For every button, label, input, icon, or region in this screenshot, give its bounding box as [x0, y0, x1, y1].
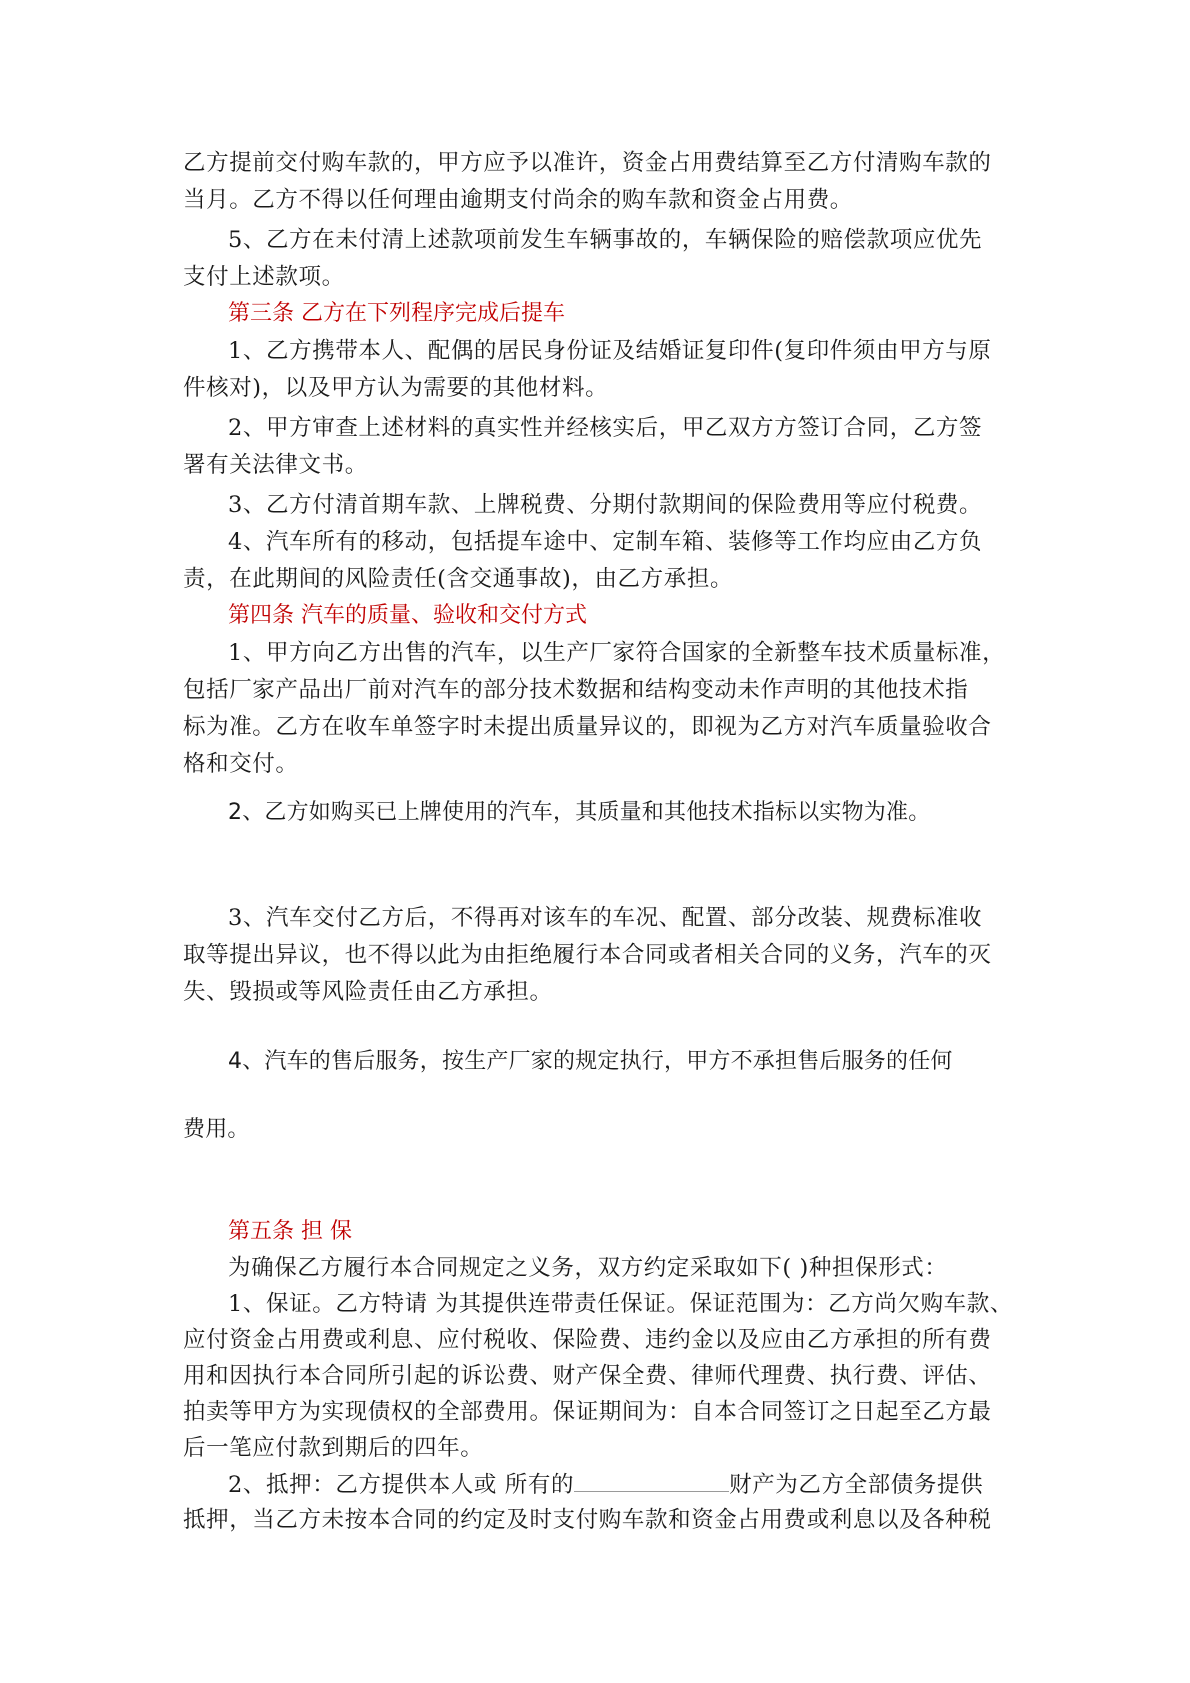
- paragraph-line: 2、甲方审查上述材料的真实性并经核实后，甲乙双方方签订合同，乙方签: [228, 413, 1013, 443]
- document-page: 乙方提前交付购车款的，甲方应予以准许，资金占用费结算至乙方付清购车款的当月。乙方…: [0, 0, 1190, 1683]
- paragraph-line: 件核对)，以及甲方认为需要的其他材料。: [183, 373, 1013, 403]
- paragraph-line: 取等提出异议，也不得以此为由拒绝履行本合同或者相关合同的义务，汽车的灭: [183, 940, 1013, 970]
- mortgage-text-before: 2、抵押：乙方提供本人或 所有的: [228, 1472, 574, 1498]
- paragraph-line: 5、乙方在未付清上述款项前发生车辆事故的，车辆保险的赔偿款项应优先: [228, 225, 1013, 255]
- paragraph-line: 为确保乙方履行本合同规定之义务，双方约定采取如下( )种担保形式：: [228, 1253, 1013, 1283]
- mortgage-clause-line: 2、抵押：乙方提供本人或 所有的财产为乙方全部债务提供: [228, 1469, 1013, 1500]
- paragraph-line: 1、甲方向乙方出售的汽车，以生产厂家符合国家的全新整车技术质量标准，: [228, 638, 1013, 668]
- paragraph-line: 3、汽车交付乙方后，不得再对该车的车况、配置、部分改装、规费标准收: [228, 903, 1013, 933]
- paragraph-line: 后一笔应付款到期后的四年。: [183, 1433, 1013, 1463]
- paragraph-line: 用和因执行本合同所引起的诉讼费、财产保全费、律师代理费、执行费、评估、: [183, 1361, 1013, 1391]
- property-blank-field[interactable]: [574, 1469, 729, 1492]
- section-heading: 第五条 担 保: [228, 1217, 1013, 1247]
- section-heading: 第四条 汽车的质量、验收和交付方式: [228, 601, 1013, 631]
- mortgage-text-after: 财产为乙方全部债务提供: [729, 1472, 983, 1498]
- paragraph-line: 失、毁损或等风险责任由乙方承担。: [183, 977, 1013, 1007]
- paragraph-line: 标为准。乙方在收车单签字时未提出质量异议的，即视为乙方对汽车质量验收合: [183, 712, 1013, 742]
- paragraph-line: 4、汽车的售后服务，按生产厂家的规定执行，甲方不承担售后服务的任何: [228, 1047, 1013, 1077]
- paragraph-line: 格和交付。: [183, 749, 1013, 779]
- paragraph-line: 3、乙方付清首期车款、上牌税费、分期付款期间的保险费用等应付税费。: [228, 490, 1013, 520]
- paragraph-line: 1、乙方携带本人、配偶的居民身份证及结婚证复印件(复印件须由甲方与原: [228, 336, 1013, 366]
- paragraph-line: 当月。乙方不得以任何理由逾期支付尚余的购车款和资金占用费。: [183, 185, 1013, 215]
- paragraph-line: 署有关法律文书。: [183, 450, 1013, 480]
- paragraph-line: 4、汽车所有的移动，包括提车途中、定制车箱、装修等工作均应由乙方负: [228, 527, 1013, 557]
- paragraph-line: 1、保证。乙方特请 为其提供连带责任保证。保证范围为：乙方尚欠购车款、: [228, 1289, 1013, 1319]
- paragraph-line: 责，在此期间的风险责任(含交通事故)，由乙方承担。: [183, 564, 1013, 594]
- paragraph-line: 支付上述款项。: [183, 262, 1013, 292]
- paragraph-line: 2、乙方如购买已上牌使用的汽车，其质量和其他技术指标以实物为准。: [228, 798, 1013, 828]
- paragraph-line: 包括厂家产品出厂前对汽车的部分技术数据和结构变动未作声明的其他技术指: [183, 675, 1013, 705]
- paragraph-line: 拍卖等甲方为实现债权的全部费用。保证期间为：自本合同签订之日起至乙方最: [183, 1397, 1013, 1427]
- paragraph-line: 应付资金占用费或利息、应付税收、保险费、违约金以及应由乙方承担的所有费: [183, 1325, 1013, 1355]
- mortgage-clause-continuation: 抵押，当乙方未按本合同的约定及时支付购车款和资金占用费或利息以及各种税: [183, 1505, 1013, 1535]
- section-heading: 第三条 乙方在下列程序完成后提车: [228, 299, 1013, 329]
- paragraph-line: 乙方提前交付购车款的，甲方应予以准许，资金占用费结算至乙方付清购车款的: [183, 148, 1013, 178]
- paragraph-line: 费用。: [183, 1115, 1013, 1145]
